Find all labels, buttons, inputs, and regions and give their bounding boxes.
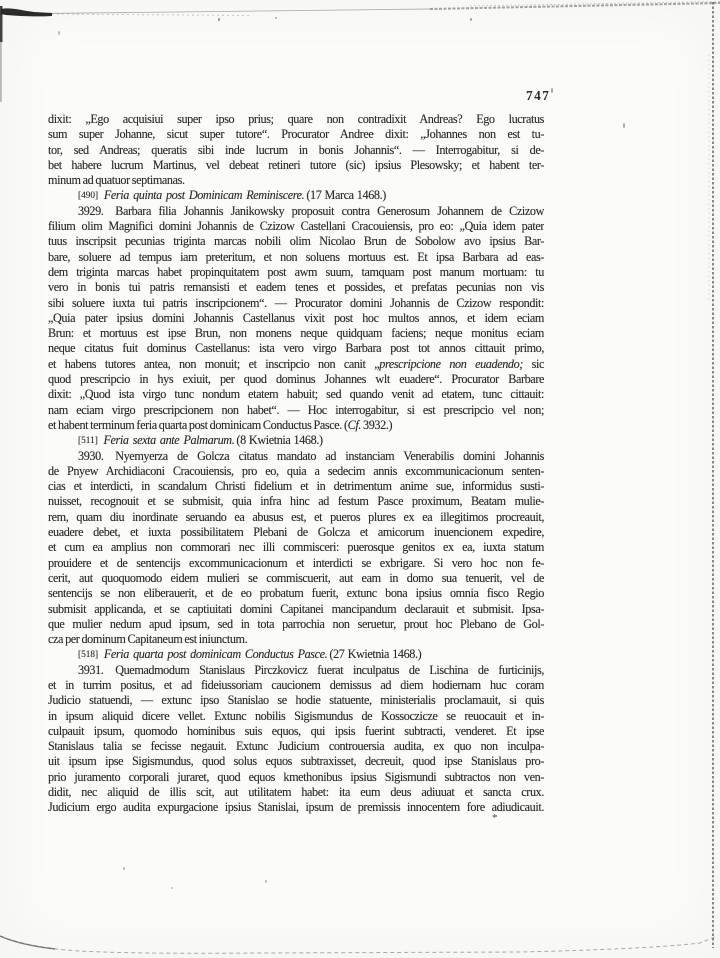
text-line: neque citatus fuit dominus Castellanus: … [48, 341, 544, 356]
page-number: 747 [526, 88, 550, 104]
text-line: dem triginta marcas habet propinquitatem… [48, 265, 544, 280]
heading-ref: [518] [78, 650, 98, 660]
heading-title: Feria sexta ante Palmarum. [104, 433, 235, 447]
scan-speck [551, 88, 553, 93]
scan-curve-bottom-left [0, 936, 55, 949]
text-line: rem, quam diu inordinate seruando ea abu… [48, 510, 544, 525]
text-line: Brun: et mortuus est ipse Brun, non mone… [48, 326, 544, 341]
text-line: et habent terminum feria quarta post dom… [48, 418, 544, 433]
text-line: tor, sed Andreas; queratis sibi inde luc… [48, 143, 544, 158]
scan-speck [265, 880, 267, 883]
heading-date: (17 Marca 1468.) [306, 188, 386, 202]
text-line: sibi soluere iuxta tui patris inscripcio… [48, 296, 544, 311]
scan-edge-left-fade [0, 42, 2, 102]
scan-dots-topleft [52, 14, 250, 16]
text-line: 3929. Barbara filia Johannis Janikowsky … [48, 204, 544, 219]
heading-title: Feria quinta post Dominicam Reminiscere. [104, 188, 304, 202]
entry-heading: [518] Feria quarta post dominicam Conduc… [48, 647, 544, 662]
text-line: cias et interdicti, in scandalum Christi… [48, 479, 544, 494]
scan-speck [470, 18, 472, 21]
text-line: Judicio statuendi, — extunc ipso Stanisl… [48, 693, 544, 708]
heading-ref: [511] [78, 436, 98, 446]
text-line: didit, nec aliquid de illis scit, aut ut… [48, 785, 544, 800]
text-line: de Pnyew Archidiaconi Cracouiensis, pro … [48, 464, 544, 479]
text-line: culpauit ipsum, quomodo hominibus suis e… [48, 724, 544, 739]
text-line: bet habere lucrum Martinus, vel debeat r… [48, 158, 544, 173]
text-line: uit ipsum ipse Sigismundus, quod solus e… [48, 754, 544, 769]
text-line: submisit applicanda, et se captiuitati d… [48, 602, 544, 617]
scan-edge-left [0, 6, 3, 42]
text-line: cerit, aut quoquomodo eidem mulieri se c… [48, 571, 544, 586]
text-line: „Quia pater ipsius domini Johannis Caste… [48, 311, 544, 326]
heading-ref: [490] [78, 191, 98, 201]
text-line: minum ad quatuor septimanas. [48, 173, 544, 188]
text-line: que mulier nedum apud ipsum, sed in tota… [48, 617, 544, 632]
text-line: nam eciam virgo prescripcionem non habet… [48, 403, 544, 418]
text-line: vero in bonis tui patris remansisti et e… [48, 280, 544, 295]
text-line: et cum ea amplius non commorari nec illi… [48, 540, 544, 555]
scan-speck [275, 17, 277, 19]
scanned-page: 747 dixit: „Ego acquisiui super ipso pri… [0, 0, 720, 958]
scan-speck [218, 18, 220, 21]
scan-curve-bottom [0, 936, 717, 953]
heading-title: Feria quarta post dominicam Conductus Pa… [104, 647, 327, 661]
entry-heading: [511] Feria sexta ante Palmarum. (8 Kwie… [48, 433, 544, 448]
entry-heading: [490] Feria quinta post Dominicam Remini… [48, 188, 544, 203]
footnote-mark: * [492, 812, 498, 824]
text-line: Stanislaus talia se fecisse negauit. Ext… [48, 739, 544, 754]
text-line: dixit: „Quod ista virgo tunc nondum etat… [48, 387, 544, 402]
text-line: Judicium ergo audita expurgacione ipsius… [48, 800, 544, 815]
text-line: 3930. Nyemyerza de Golcza citatus mandat… [48, 449, 544, 464]
text-line: nuisset, recognouit et se submisit, quia… [48, 494, 544, 509]
text-line: et in turrim positus, et ad fideiussoria… [48, 678, 544, 693]
heading-date: (27 Kwietnia 1468.) [329, 647, 421, 661]
text-line: et habens tutores antea, non monuit; et … [48, 357, 544, 372]
scan-speck [171, 887, 173, 889]
scan-line-top-right-2 [470, 2, 720, 7]
text-block: dixit: „Ego acquisiui super ipso prius; … [48, 112, 544, 816]
scan-speck [623, 123, 625, 128]
text-line: filium olim Magnifici domini Johannis de… [48, 219, 544, 234]
scan-line-top [0, 9, 430, 14]
scan-speck [58, 31, 60, 35]
scan-speck [123, 867, 125, 870]
text-line: tuus inscripsit pecunias triginta marcas… [48, 234, 544, 249]
heading-date: (8 Kwietnia 1468.) [236, 433, 322, 447]
text-line: quod prescripcio in hys exiuit, per quod… [48, 372, 544, 387]
text-line: prouidere et de sentencijs excommunicaci… [48, 556, 544, 571]
text-line: prio juramento corporali juraret, quod e… [48, 770, 544, 785]
text-line: sum super Johanne, sicut super tutore“. … [48, 127, 544, 142]
text-line: bare, soluere ad tempus iam preteritum, … [48, 250, 544, 265]
text-line: cza per dominum Capitaneum est iniunctum… [48, 632, 544, 647]
text-line: euadere debet, et iuxta possibilitatem P… [48, 525, 544, 540]
text-line: in ipsum aliquid dicere vellet. Extunc n… [48, 709, 544, 724]
scan-line-top-right [430, 3, 720, 9]
scan-blob-topleft [1, 8, 52, 16]
text-line: 3931. Quemadmodum Stanislaus Pirczkovicz… [48, 663, 544, 678]
text-line: sentencijs se non eliberauerit, et de eo… [48, 586, 544, 601]
text-line: dixit: „Ego acquisiui super ipso prius; … [48, 112, 544, 127]
